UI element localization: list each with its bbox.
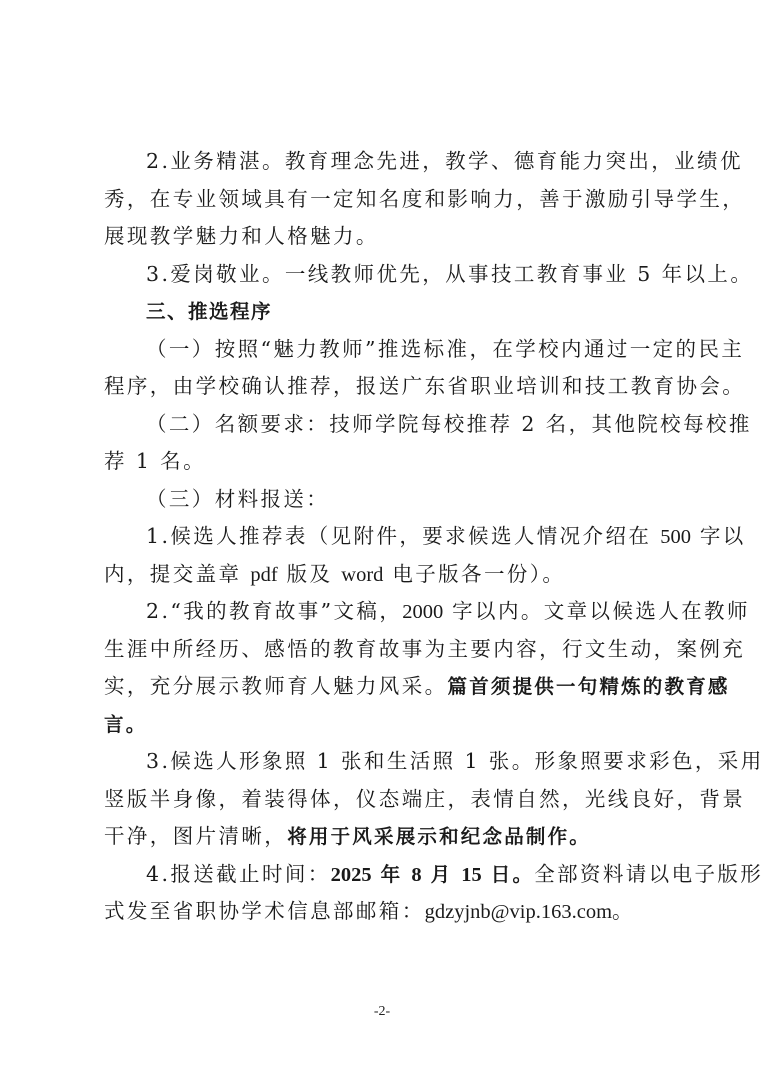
text: 实，充分展示教师育人魅力风采。: [104, 674, 448, 698]
step-2-line-1: （二）名额要求：技师学院每校推荐 2 名，其他院校每校推: [104, 406, 670, 444]
number: 2000: [402, 601, 443, 623]
deadline-line-1: 4.报送截止时间：2025 年 8 月 15 日。全部资料请以电子版形: [104, 856, 670, 894]
emphasis-text: 将用于风采展示和纪念品制作。: [287, 825, 591, 848]
deadline-day: 15: [461, 864, 482, 886]
text: 字以内。文章以候选人在教师: [443, 599, 750, 623]
text: 。: [612, 899, 635, 923]
text: 电子版各一份）。: [383, 562, 565, 586]
material-3-line-3: 干净，图片清晰，将用于风采展示和纪念品制作。: [104, 818, 670, 856]
text: 干净，图片清晰，: [104, 824, 287, 848]
step-2-line-2: 荐 1 名。: [104, 443, 670, 481]
text: 式发至省职协学术信息部邮箱：: [104, 899, 425, 923]
material-2-line-3: 实，充分展示教师育人魅力风采。篇首须提供一句精炼的教育感: [104, 668, 670, 706]
text: 2.“我的教育故事”文稿，: [146, 599, 402, 623]
page-number: -2-: [0, 1004, 764, 1020]
text: 4.报送截止时间：: [146, 862, 331, 886]
material-3-line-1: 3.候选人形象照 1 张和生活照 1 张。形象照要求彩色，采用: [104, 743, 670, 781]
text: 日。: [482, 863, 534, 886]
format-word: word: [341, 564, 383, 586]
email-address: gdzyjnb@vip.163.com: [425, 901, 612, 923]
criteria-3-line-1: 3.爱岗敬业。一线教师优先，从事技工教育事业 5 年以上。: [104, 256, 670, 294]
text: 全部资料请以电子版形: [534, 862, 763, 886]
material-3-line-2: 竖版半身像，着装得体，仪态端庄，表情自然，光线良好，背景: [104, 781, 670, 819]
step-1-line-2: 程序，由学校确认推荐，报送广东省职业培训和技工教育协会。: [104, 368, 670, 406]
material-2-line-2: 生涯中所经历、感悟的教育故事为主要内容，行文生动，案例充: [104, 631, 670, 669]
text: 字以: [691, 524, 746, 548]
text: 月: [422, 863, 462, 886]
material-1-line-2: 内，提交盖章 pdf 版及 word 电子版各一份）。: [104, 556, 670, 594]
text: 版及: [278, 562, 342, 586]
material-2-line-4: 言。: [104, 706, 670, 744]
criteria-2-line-1: 2.业务精湛。教育理念先进，教学、德育能力突出，业绩优: [104, 143, 670, 181]
deadline-line-2: 式发至省职协学术信息部邮箱：gdzyjnb@vip.163.com。: [104, 893, 670, 931]
page-content: 2.业务精湛。教育理念先进，教学、德育能力突出，业绩优 秀，在专业领域具有一定知…: [104, 143, 670, 931]
step-3-line-1: （三）材料报送：: [104, 481, 670, 519]
material-1-line-1: 1.候选人推荐表（见附件，要求候选人情况介绍在 500 字以: [104, 518, 670, 556]
format-pdf: pdf: [250, 564, 277, 586]
emphasis-text: 言。: [104, 713, 147, 736]
criteria-2-line-2: 秀，在专业领域具有一定知名度和影响力，善于激励引导学生，: [104, 181, 670, 219]
step-1-line-1: （一）按照“魅力教师”推选标准，在学校内通过一定的民主: [104, 331, 670, 369]
number: 500: [660, 526, 691, 548]
document-page: 2.业务精湛。教育理念先进，教学、德育能力突出，业绩优 秀，在专业领域具有一定知…: [0, 0, 764, 1080]
emphasis-text: 篇首须提供一句精炼的教育感: [448, 675, 730, 698]
text: 1.候选人推荐表（见附件，要求候选人情况介绍在: [146, 524, 660, 548]
criteria-2-line-3: 展现教学魅力和人格魅力。: [104, 218, 670, 256]
deadline-year: 2025: [331, 864, 372, 886]
section-heading-selection-procedure: 三、推选程序: [104, 293, 670, 331]
text: 内，提交盖章: [104, 562, 250, 586]
material-2-line-1: 2.“我的教育故事”文稿，2000 字以内。文章以候选人在教师: [104, 593, 670, 631]
text: 年: [372, 863, 412, 886]
deadline-month: 8: [411, 864, 421, 886]
